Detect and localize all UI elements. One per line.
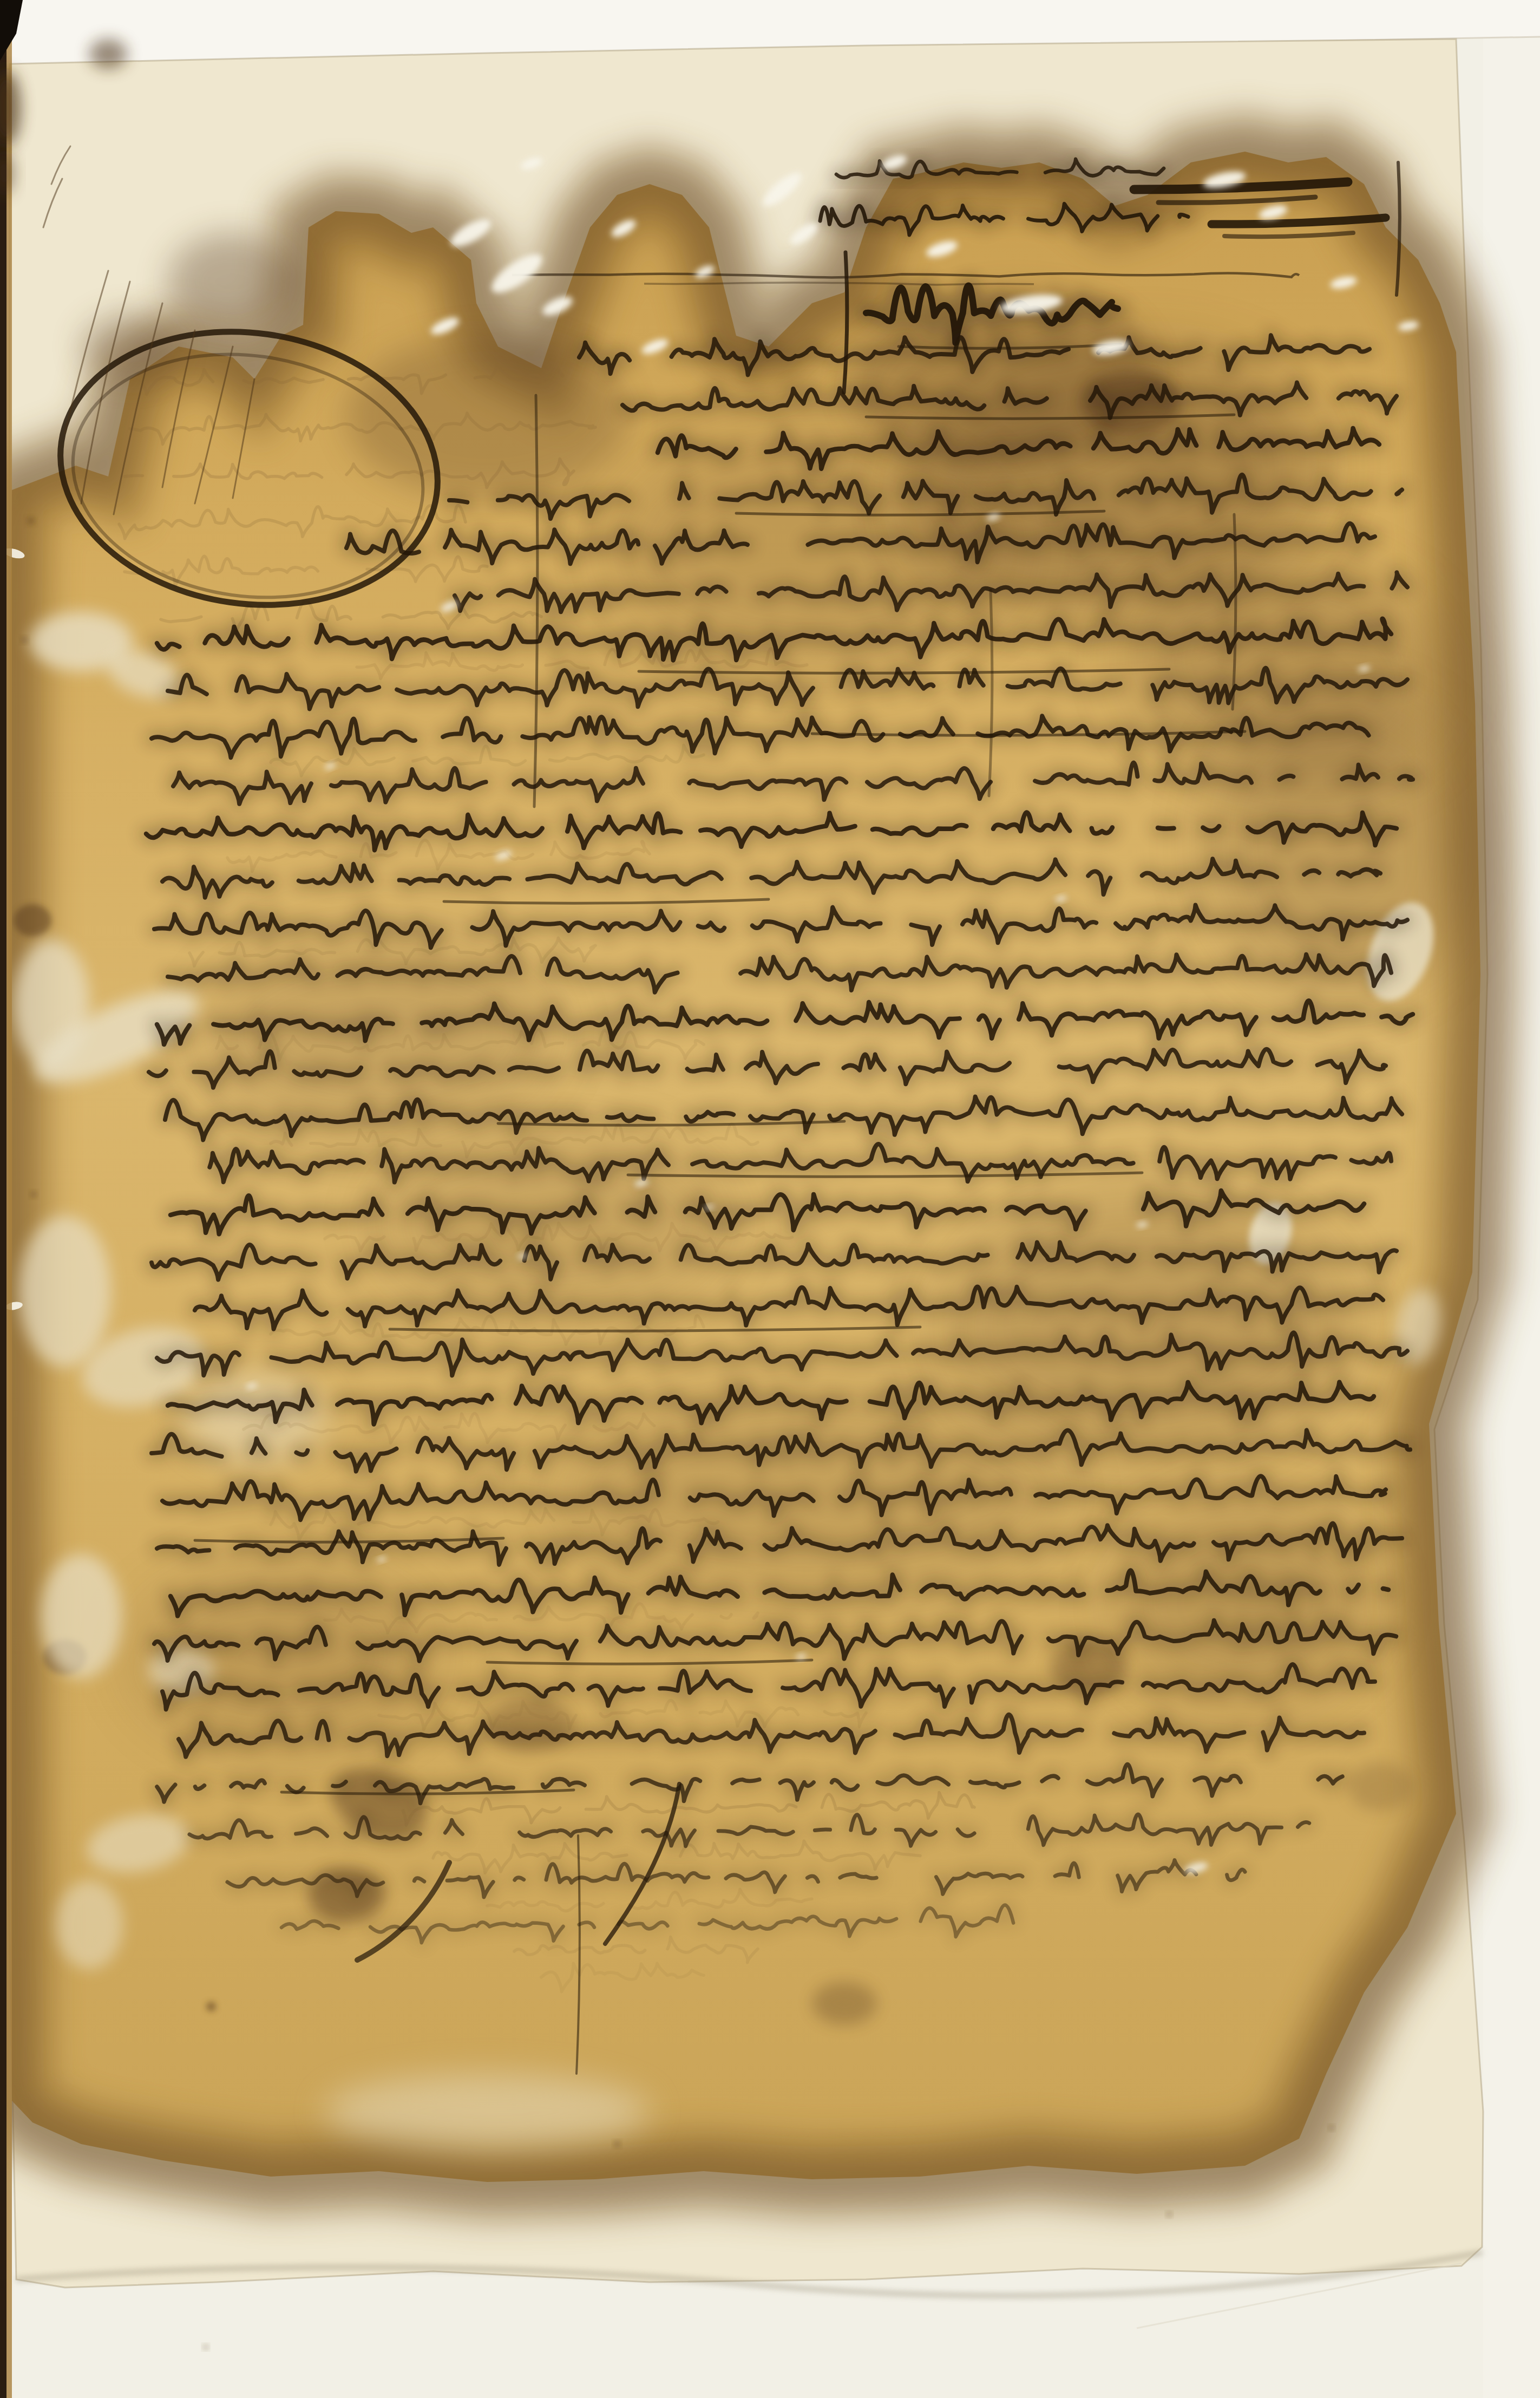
dark-stain-blob bbox=[1348, 1762, 1413, 1811]
gutter-dark-strip bbox=[0, 0, 6, 2398]
manuscript-photograph bbox=[0, 0, 1540, 2398]
dark-stain-blob bbox=[346, 336, 628, 498]
manuscript-scene bbox=[0, 0, 1540, 2398]
ink-spot bbox=[206, 2002, 216, 2011]
pale-repair-patch bbox=[41, 1554, 122, 1678]
ink-spot bbox=[614, 2141, 620, 2147]
ink-spot bbox=[1167, 2212, 1171, 2217]
pale-repair-patch bbox=[56, 1880, 123, 1969]
ink-spot bbox=[1329, 2126, 1334, 2130]
gutter-smudge bbox=[89, 39, 127, 69]
ink-spot bbox=[204, 2345, 208, 2349]
ink-spot bbox=[28, 518, 34, 524]
dark-stain-blob bbox=[812, 1982, 877, 2025]
dark-stain-blob bbox=[14, 904, 51, 937]
ink-spot bbox=[22, 637, 27, 643]
dark-stain-blob bbox=[168, 233, 298, 330]
ink-spot bbox=[31, 1192, 36, 1197]
dark-stain-blob bbox=[81, 314, 179, 379]
pale-repair-patch bbox=[325, 2074, 650, 2149]
gutter-page-edge bbox=[6, 0, 12, 2398]
pale-repair-patch bbox=[19, 1216, 111, 1367]
